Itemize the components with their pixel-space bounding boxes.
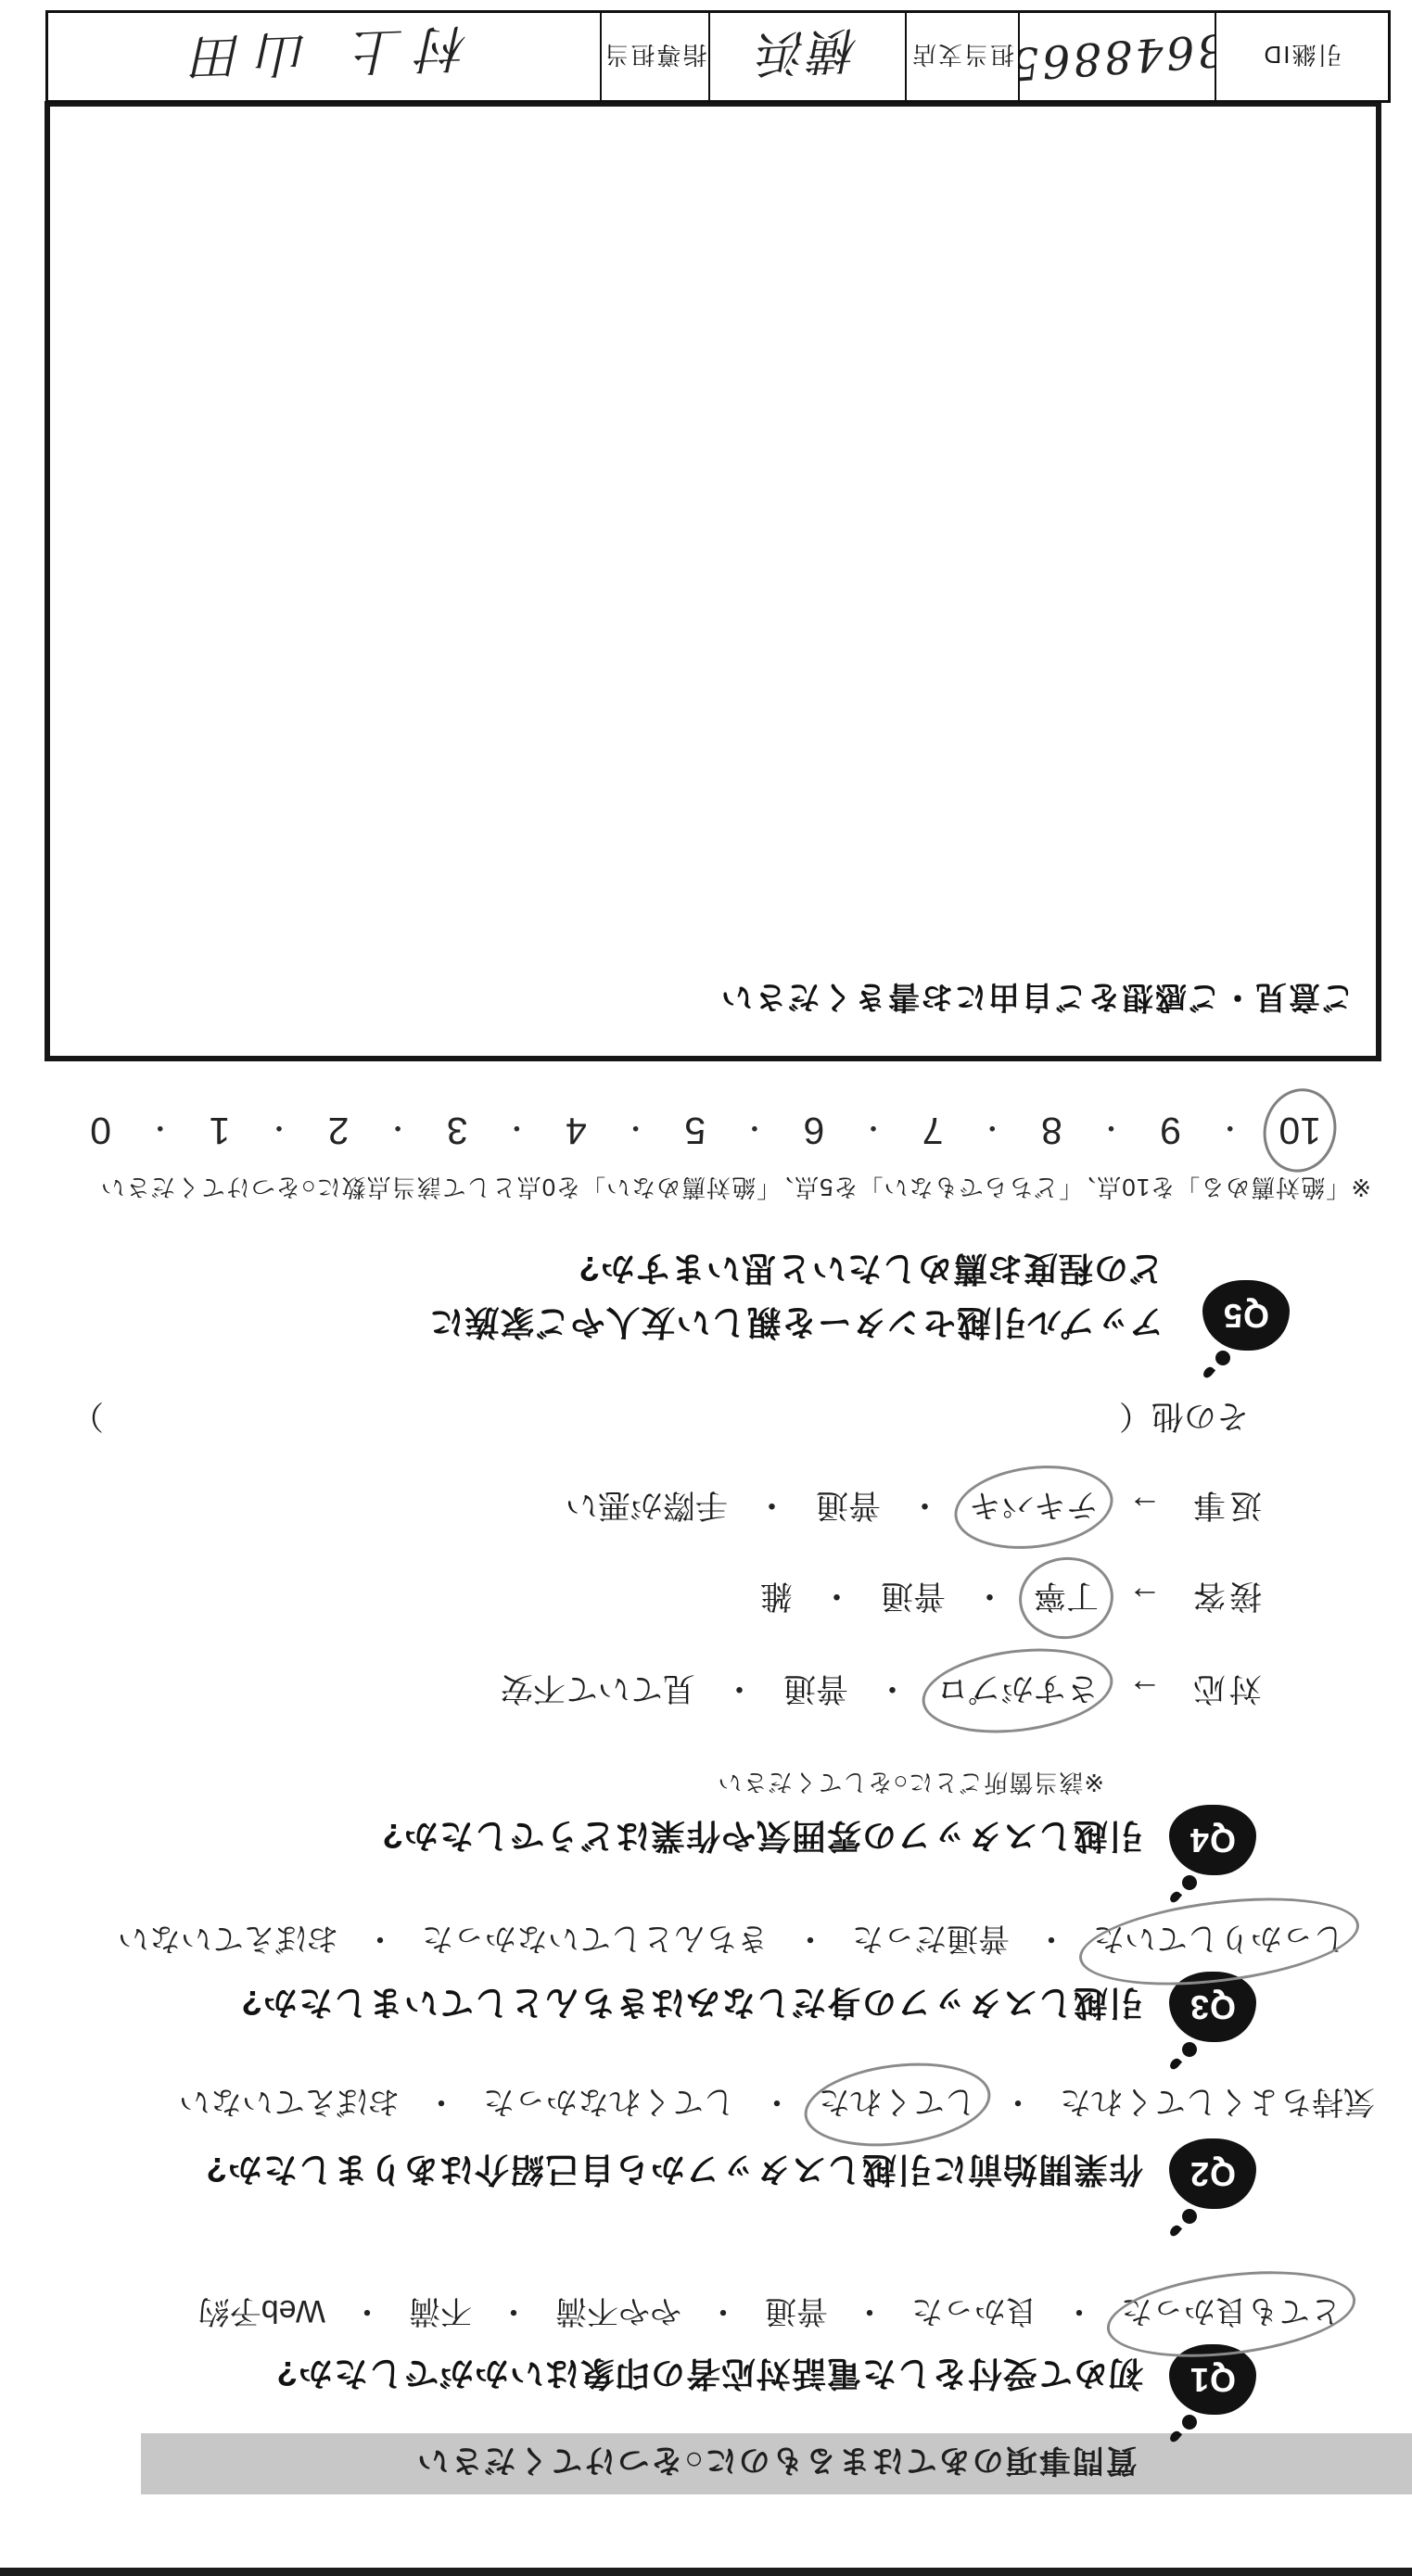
q4-row-sekkyaku-options: 丁寧・普通・雑 xyxy=(758,1573,1100,1623)
option: 見ていて不安 xyxy=(499,1666,697,1716)
q5-badge-label: Q5 xyxy=(1223,1296,1269,1335)
branch-value-cell: 横浜 xyxy=(708,13,905,100)
option-separator: ・ xyxy=(426,2082,457,2127)
option-separator: ・ xyxy=(351,2291,383,2337)
scale-separator: ・ xyxy=(502,1110,530,1151)
option-separator: ・ xyxy=(1036,1919,1067,1964)
q4-note: ※該当箇所ごとに○をしてください xyxy=(718,1767,1105,1801)
option: 普通 xyxy=(879,1573,948,1623)
option-circled: テキパキ xyxy=(967,1482,1100,1532)
scale-separator: ・ xyxy=(622,1110,650,1151)
q4-row-sekkyaku: 接客 → 丁寧・普通・雑 xyxy=(758,1573,1262,1623)
option-separator: ・ xyxy=(1002,2082,1034,2127)
handover-id-value-cell: 3648865 xyxy=(1018,13,1215,100)
q4-row-henji-label: 返事 xyxy=(1189,1484,1262,1530)
q3-question-text: 引越しスタッフの身だしなみはきちんとしていましたか? xyxy=(240,1981,1143,2031)
option-separator: ・ xyxy=(876,1668,909,1714)
option-separator: ・ xyxy=(820,1575,853,1621)
q4-badge-label: Q4 xyxy=(1189,1821,1236,1859)
scanned-survey-page: 質問事項のあてはまるものに○をつけてください Q1 初めて受付をした電話対応者の… xyxy=(0,0,1412,2576)
option: きちんとしていなかった xyxy=(420,1917,770,1966)
q3-options-row: しっかりしていた・普通だった・きちんとしていなかった・おぼえていない xyxy=(116,1917,1347,1966)
handover-id-label: 引継ID xyxy=(1263,40,1342,74)
option: おぼえていない xyxy=(177,2080,401,2129)
q5-note: ※「絶対薦める」を10点、「どちらでもない」を5点、「絶対薦めない」を0点として… xyxy=(100,1172,1371,1206)
option: Web予約 xyxy=(197,2290,327,2339)
scale-separator: ・ xyxy=(1097,1110,1125,1151)
q2-options-row: 気持ちよくしてくれた・してくれた・してくれなかった・おぼえていない xyxy=(177,2080,1377,2129)
scale-score: 7 xyxy=(919,1109,948,1152)
q1-options-row: とても良かった・良かった・普通・やや不満・不満・Web予約 xyxy=(197,2290,1343,2339)
option: やや不満 xyxy=(553,2290,683,2339)
option-separator: ・ xyxy=(707,2291,739,2337)
q3-badge-label: Q3 xyxy=(1189,1987,1236,2026)
scale-separator: ・ xyxy=(1216,1110,1244,1151)
instructor-value-cell: 村上 山田 xyxy=(48,13,600,100)
q5-question-line1: アップル引越センターを親しい友人やご家族に xyxy=(429,1301,1164,1351)
q2-badge: Q2 xyxy=(1169,2138,1256,2209)
option-separator: ・ xyxy=(756,1484,788,1530)
comment-box-label: ご意見・ご感想をご自由にお書きください xyxy=(719,977,1354,1022)
comment-box: ご意見・ご感想をご自由にお書きください xyxy=(45,101,1381,1061)
option: 普通 xyxy=(814,1482,883,1532)
option: 普通 xyxy=(782,1666,850,1716)
q4-row-henji: 返事 → テキパキ・普通・手際が悪い xyxy=(564,1482,1262,1532)
scale-separator: ・ xyxy=(978,1110,1006,1151)
option-separator: ・ xyxy=(364,1919,396,1964)
scale-separator: ・ xyxy=(146,1110,174,1151)
q4-other-row: その他（ ） xyxy=(71,1395,1249,1441)
survey-title-text: 質問事項のあてはまるものに○をつけてください xyxy=(415,2442,1138,2487)
branch-label: 担当支店 xyxy=(910,40,1014,74)
scale-separator: ・ xyxy=(741,1110,769,1151)
instructor-label-cell: 指導担当 xyxy=(600,13,708,100)
scale-score-circled: 10 xyxy=(1275,1109,1325,1152)
instructor-handwritten: 村上 山田 xyxy=(178,16,471,97)
instructor-label: 指導担当 xyxy=(604,40,707,74)
option: 普通だった xyxy=(850,1917,1011,1966)
q4-row-taiou-options: さすがプロ・普通・見ていて不安 xyxy=(499,1666,1100,1716)
option: 気持ちよくしてくれた xyxy=(1058,2080,1377,2129)
q4-badge: Q4 xyxy=(1169,1805,1256,1875)
q4-row-taiou: 対応 → さすがプロ・普通・見ていて不安 xyxy=(499,1666,1262,1716)
q2-question-text: 作業開始前に引越しスタッフから自己紹介はありましたか? xyxy=(205,2148,1143,2198)
q4-row-henji-options: テキパキ・普通・手際が悪い xyxy=(564,1482,1100,1532)
option-separator: ・ xyxy=(795,1919,826,1964)
q1-question-text: 初めて受付をした電話対応者の印象はいかがでしたか? xyxy=(275,2352,1143,2402)
branch-handwritten: 横浜 xyxy=(754,19,861,95)
branch-label-cell: 担当支店 xyxy=(905,13,1018,100)
option: 不満 xyxy=(407,2290,474,2339)
q4-row-sekkyaku-label: 接客 xyxy=(1189,1575,1262,1621)
q1-badge-label: Q1 xyxy=(1189,2360,1236,2399)
option-circled: しっかりしていた xyxy=(1091,1917,1347,1966)
scale-separator: ・ xyxy=(384,1110,412,1151)
scale-score: 2 xyxy=(324,1109,353,1152)
scale-score: 0 xyxy=(86,1109,115,1152)
arrow-right-icon: → xyxy=(1128,1488,1162,1527)
scale-score: 8 xyxy=(1037,1109,1066,1152)
option: 雑 xyxy=(758,1573,795,1623)
arrow-right-icon: → xyxy=(1128,1579,1162,1618)
option-separator: ・ xyxy=(854,2291,885,2337)
scan-edge-shadow xyxy=(0,2568,1412,2576)
option-circled: 丁寧 xyxy=(1032,1573,1100,1623)
scale-score: 5 xyxy=(681,1109,709,1152)
scale-score: 3 xyxy=(443,1109,472,1152)
survey-title-bar: 質問事項のあてはまるものに○をつけてください xyxy=(141,2433,1412,2494)
q5-question-line2: どの程度お薦めしたいと思いますか? xyxy=(578,1247,1164,1297)
survey-sheet-rotated-180: 質問事項のあてはまるものに○をつけてください Q1 初めて受付をした電話対応者の… xyxy=(0,0,1412,2576)
scale-separator: ・ xyxy=(265,1110,293,1151)
q5-rating-scale: 10・9・8・7・6・5・4・3・2・1・0 xyxy=(86,1109,1325,1152)
scale-score: 9 xyxy=(1156,1109,1185,1152)
handover-id-handwritten: 3648865 xyxy=(1018,23,1215,90)
handover-id-label-cell: 引継ID xyxy=(1215,13,1388,100)
q4-question-text: 引越しスタッフの雰囲気や作業はどうでしたか? xyxy=(381,1814,1143,1864)
scale-score: 1 xyxy=(205,1109,234,1152)
option-separator: ・ xyxy=(761,2082,793,2127)
option-separator: ・ xyxy=(498,2291,529,2337)
scale-score: 4 xyxy=(562,1109,591,1152)
option-circled: さすがプロ xyxy=(935,1666,1100,1716)
scale-separator: ・ xyxy=(859,1110,887,1151)
q5-badge: Q5 xyxy=(1202,1280,1290,1351)
option: おぼえていない xyxy=(116,1917,340,1966)
scale-score: 6 xyxy=(800,1109,829,1152)
option: 普通 xyxy=(763,2290,830,2339)
arrow-right-icon: → xyxy=(1128,1671,1162,1710)
option-separator: ・ xyxy=(723,1668,756,1714)
q2-badge-label: Q2 xyxy=(1189,2154,1236,2193)
option: 良かった xyxy=(910,2290,1039,2339)
q4-other-close: ） xyxy=(71,1395,104,1441)
q4-other-open: その他（ xyxy=(1119,1395,1249,1441)
option-circled: してくれた xyxy=(817,2080,978,2129)
q4-row-taiou-label: 対応 xyxy=(1189,1668,1262,1714)
option-circled: とても良かった xyxy=(1119,2290,1343,2339)
option: 手際が悪い xyxy=(564,1482,730,1532)
option: してくれなかった xyxy=(481,2080,737,2129)
option-separator: ・ xyxy=(1063,2291,1095,2337)
option-separator: ・ xyxy=(909,1484,941,1530)
option-separator: ・ xyxy=(973,1575,1006,1621)
footer-table: 引継ID 3648865 担当支店 横浜 指導担当 村上 山田 xyxy=(45,10,1391,103)
